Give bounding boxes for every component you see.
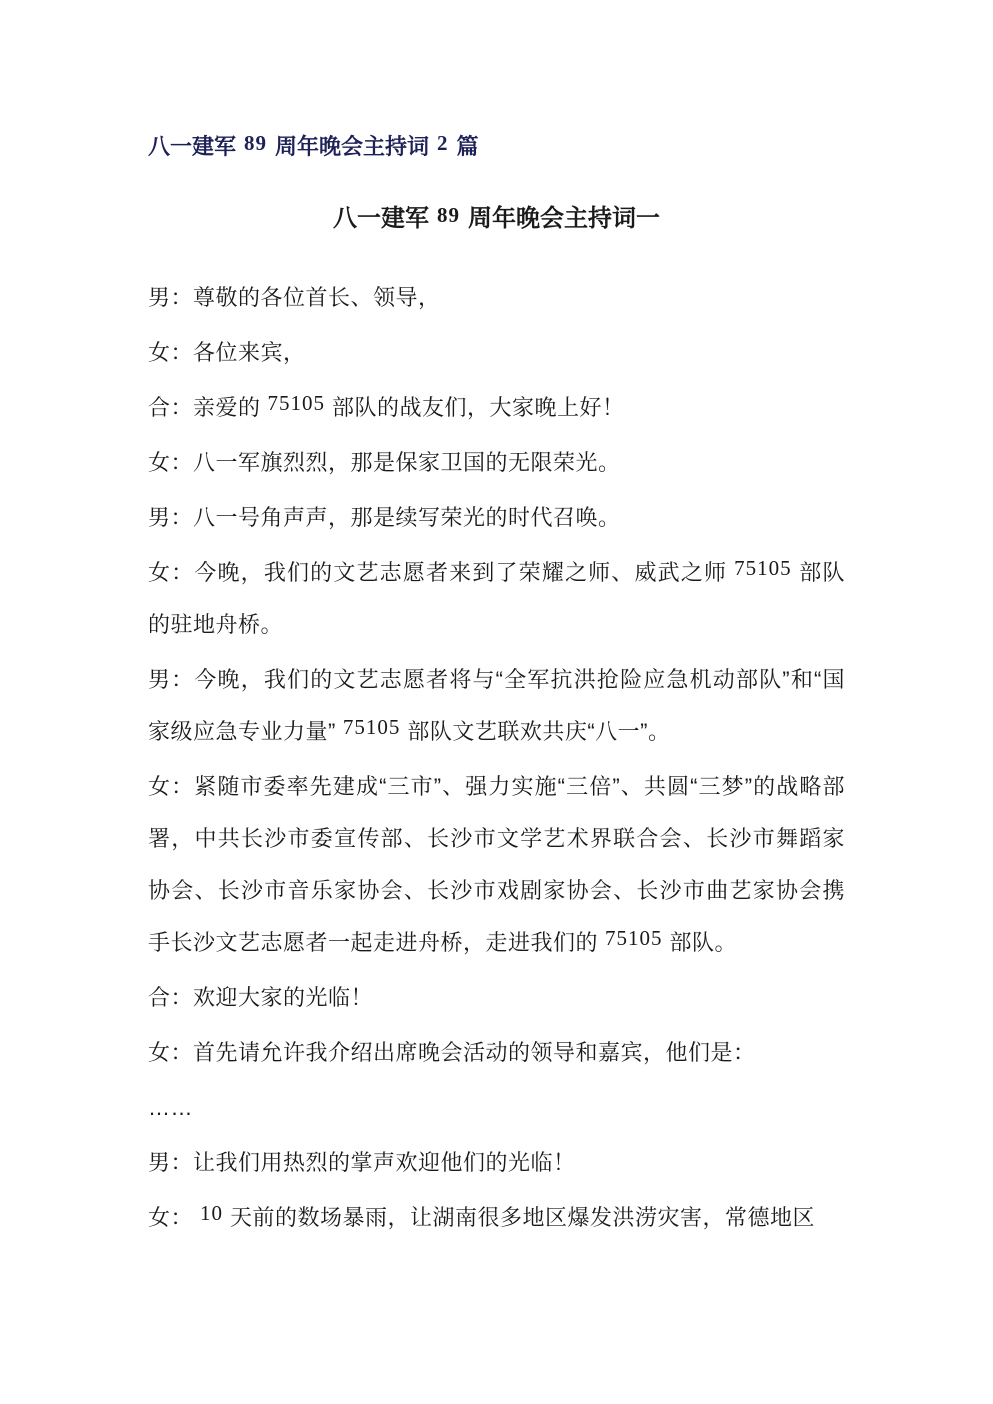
text-run: 篇 <box>457 134 479 159</box>
document-page: 八一建军89周年晚会主持词2篇 八一建军89周年晚会主持词一 男：尊敬的各位首长… <box>0 0 993 1404</box>
text-run: 女：首先请允许我介绍出席晚会活动的领导和嘉宾，他们是： <box>148 1040 756 1065</box>
paragraph: 合：欢迎大家的光临！ <box>148 972 845 1024</box>
numeral: 75105 <box>605 926 663 950</box>
paragraph: 女：今晚，我们的文艺志愿者来到了荣耀之师、威武之师75105部队的驻地舟桥。 <box>148 547 845 651</box>
paragraph: 合：亲爱的75105部队的战友们，大家晚上好！ <box>148 382 845 434</box>
paragraph: 女：八一军旗烈烈，那是保家卫国的无限荣光。 <box>148 437 845 489</box>
text-run: 八一建军 <box>333 205 429 232</box>
text-run: 女：紧随市委率先建成“三市”、强力实施“三倍”、共圆“三梦”的战略部署，中共长沙… <box>148 774 845 955</box>
numeral: 75105 <box>734 556 792 580</box>
text-run: 女：今晚，我们的文艺志愿者来到了荣耀之师、威武之师 <box>148 560 727 585</box>
paragraph: 女：紧随市委率先建成“三市”、强力实施“三倍”、共圆“三梦”的战略部署，中共长沙… <box>148 761 845 969</box>
text-run: 周年晚会主持词 <box>275 134 429 159</box>
numeral: 75105 <box>268 391 326 415</box>
numeral: 75105 <box>343 715 401 739</box>
document-title: 八一建军89周年晚会主持词2篇 <box>148 132 845 162</box>
section-heading: 八一建军89周年晚会主持词一 <box>148 202 845 236</box>
text-run: 部队。 <box>670 930 738 955</box>
text-run: 男：让我们用热烈的掌声欢迎他们的光临！ <box>148 1150 576 1175</box>
text-run: 男：尊敬的各位首长、领导， <box>148 285 441 310</box>
paragraph: 男：今晚，我们的文艺志愿者将与“全军抗洪抢险应急机动部队”和“国家级应急专业力量… <box>148 654 845 758</box>
text-run: 男：八一号角声声，那是续写荣光的时代召唤。 <box>148 505 621 530</box>
document-body: 男：尊敬的各位首长、领导，女：各位来宾，合：亲爱的75105部队的战友们，大家晚… <box>148 272 845 1244</box>
text-run: …… <box>148 1095 193 1120</box>
paragraph: 男：八一号角声声，那是续写荣光的时代召唤。 <box>148 492 845 544</box>
paragraph: 女：首先请允许我介绍出席晚会活动的领导和嘉宾，他们是： <box>148 1027 845 1079</box>
text-run: 合：欢迎大家的光临！ <box>148 985 373 1010</box>
text-run: 天前的数场暴雨，让湖南很多地区爆发洪涝灾害，常德地区 <box>230 1205 815 1230</box>
text-run: 部队的战友们，大家晚上好！ <box>332 395 625 420</box>
paragraph: 女：各位来宾， <box>148 327 845 379</box>
text-run: 女：各位来宾， <box>148 340 306 365</box>
numeral: 89 <box>244 131 267 155</box>
paragraph: 女：10天前的数场暴雨，让湖南很多地区爆发洪涝灾害，常德地区 <box>148 1192 845 1244</box>
text-run: 女：八一军旗烈烈，那是保家卫国的无限荣光。 <box>148 450 621 475</box>
paragraph: 男：尊敬的各位首长、领导， <box>148 272 845 324</box>
text-run: 八一建军 <box>148 134 236 159</box>
paragraph: 男：让我们用热烈的掌声欢迎他们的光临！ <box>148 1137 845 1189</box>
numeral: 10 <box>200 1201 223 1225</box>
text-run: 合：亲爱的 <box>148 395 261 420</box>
text-run: 周年晚会主持词一 <box>468 205 660 232</box>
paragraph: …… <box>148 1082 845 1134</box>
numeral: 89 <box>437 203 460 227</box>
text-run: 部队文艺联欢共庆“八一”。 <box>407 719 670 744</box>
text-run: 女： <box>148 1205 193 1230</box>
numeral: 2 <box>437 131 449 155</box>
